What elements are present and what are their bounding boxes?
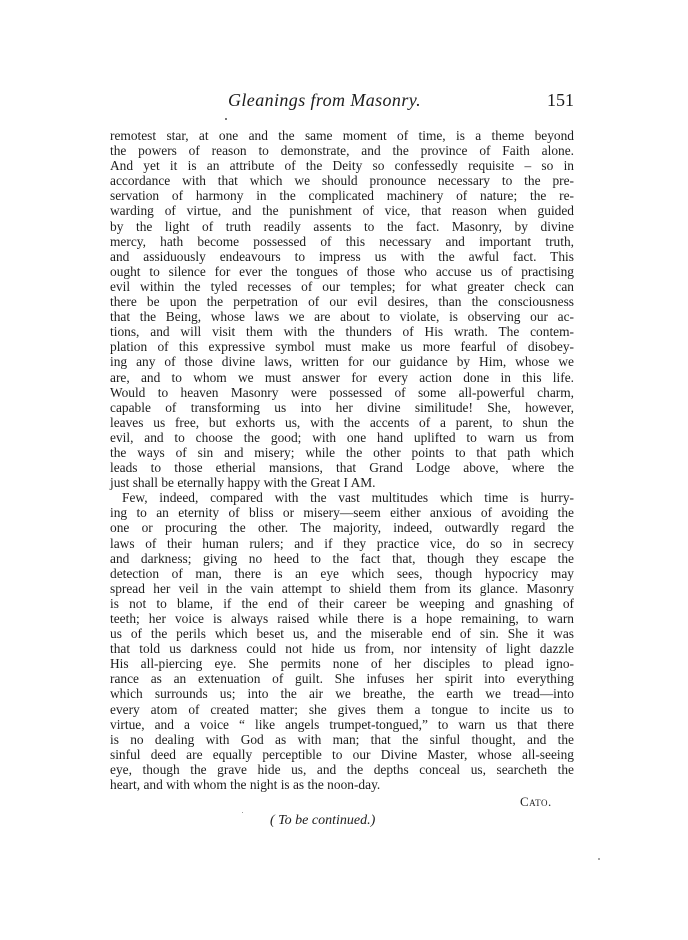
text-line: mercy, hath become possessed of this nec… [110, 234, 574, 249]
text-line: every atom of created matter; she gives … [110, 702, 574, 717]
text-line: the ways of sin and misery; while the ot… [110, 445, 574, 460]
text-line: are, and to whom we must answer for ever… [110, 370, 574, 385]
paragraph-end-line: just shall be eternally happy with the G… [110, 475, 574, 490]
author-signature: Cato. [520, 794, 552, 810]
text-line: and darkness; giving no heed to the fact… [110, 551, 574, 566]
text-line: warding of virtue, and the punishment of… [110, 203, 574, 218]
text-line: virtue, and a voice “ like angels trumpe… [110, 717, 574, 732]
text-line: one or procuring the other. The majority… [110, 520, 574, 535]
body-text: remotest star, at one and the same momen… [110, 128, 574, 792]
text-line: leads to those etherial mansions, that G… [110, 460, 574, 475]
text-line: ing any of those divine laws, written fo… [110, 354, 574, 369]
page-number: 151 [547, 90, 574, 111]
paragraph-start-line: Few, indeed, compared with the vast mult… [110, 490, 574, 505]
paragraph-end-line: heart, and with whom the night is as the… [110, 777, 574, 792]
text-line: remotest star, at one and the same momen… [110, 128, 574, 143]
text-line: tions, and will visit them with the thun… [110, 324, 574, 339]
text-line: is no dealing with God as with man; that… [110, 732, 574, 747]
text-line: evil within the tyled recesses of our te… [110, 279, 574, 294]
text-line: and assiduously endeavours to impress us… [110, 249, 574, 264]
text-line: eye, though the grave hide us, and the d… [110, 762, 574, 777]
text-line: rance as an extenuation of guilt. She in… [110, 671, 574, 686]
running-title: Gleanings from Masonry. [228, 90, 421, 111]
text-line: teeth; her voice is always raised while … [110, 611, 574, 626]
text-line: sinful deed are equally perceptible to o… [110, 747, 574, 762]
text-line: Would to heaven Masonry were possessed o… [110, 385, 574, 400]
text-line: leaves us free, but exhorts us, with the… [110, 415, 574, 430]
continuation-note: ( To be continued.) [270, 813, 375, 829]
running-head: Gleanings from Masonry. 151 [110, 90, 574, 112]
text-line: ing to an eternity of bliss or misery—se… [110, 505, 574, 520]
text-line: that the Being, whose laws we are about … [110, 309, 574, 324]
book-page: Gleanings from Masonry. 151 remotest sta… [0, 0, 688, 940]
print-speck [225, 118, 227, 120]
print-speck [598, 858, 600, 860]
text-line: detection of man, there is an eye which … [110, 566, 574, 581]
text-line: laws of their human rulers; and if they … [110, 536, 574, 551]
text-line: there be upon the perpetration of our ev… [110, 294, 574, 309]
text-line: the powers of reason to demonstrate, and… [110, 143, 574, 158]
text-line: us of the perils which beset us, and the… [110, 626, 574, 641]
text-line: ought to silence for ever the tongues of… [110, 264, 574, 279]
text-line: accordance with that which we should pro… [110, 173, 574, 188]
text-line: capable of transforming us into her divi… [110, 400, 574, 415]
text-line: And yet it is an attribute of the Deity … [110, 158, 574, 173]
text-line: is not to blame, if the end of their car… [110, 596, 574, 611]
text-line: evil, and to choose the good; with one h… [110, 430, 574, 445]
text-line: plation of this expressive symbol must m… [110, 339, 574, 354]
text-line: that told us darkness could not hide us … [110, 641, 574, 656]
text-line: by the light of truth readily assents to… [110, 219, 574, 234]
print-speck [242, 812, 243, 813]
text-line: His all-piercing eye. She permits none o… [110, 656, 574, 671]
text-line: spread her veil in the vain attempt to s… [110, 581, 574, 596]
text-line: servation of harmony in the complicated … [110, 188, 574, 203]
text-line: which surrounds us; into the air we brea… [110, 686, 574, 701]
